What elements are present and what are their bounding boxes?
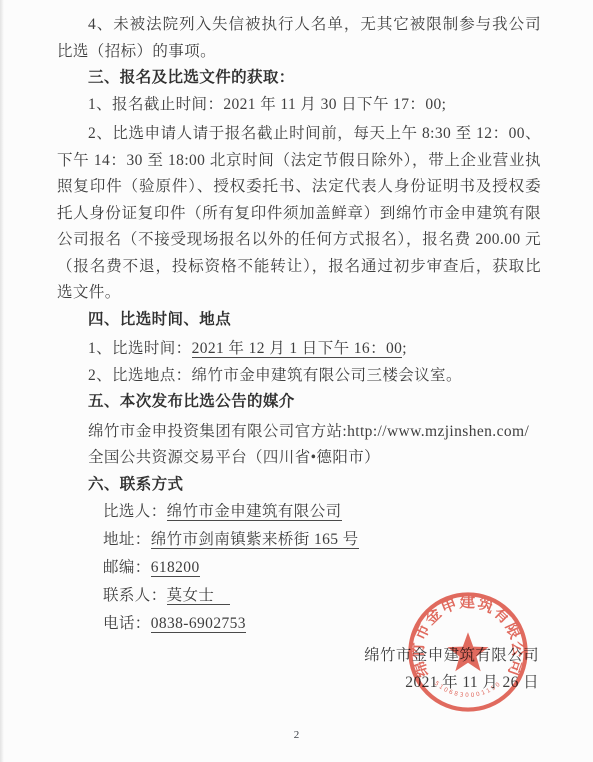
selection-time-label: 1、比选时间： [88, 340, 192, 357]
scanned-document-page: 4、未被法院列入失信被执行人名单，无其它被限制参与我公司比选（招标）的事项。 三… [0, 0, 593, 762]
contact-value: 0838-6902753 [151, 615, 246, 633]
section-heading-5: 五、本次发布比选公告的媒介 [57, 389, 541, 416]
signature-block: 绵竹市金申建筑有限公司 2021 年 11 月 26 日 [57, 643, 541, 696]
signature-date: 2021 年 11 月 26 日 [57, 670, 539, 697]
section-heading-3: 三、报名及比选文件的获取： [57, 65, 541, 92]
contact-label: 邮编： [103, 559, 151, 576]
contact-row-selector: 比选人：绵竹市金申建筑有限公司 [103, 498, 541, 526]
paragraph-signup-deadline: 1、报名截止时间：2021 年 11 月 30 日下午 17：00; [57, 92, 541, 119]
paragraph-selection-place: 2、比选地点：绵竹市金申建筑有限公司三楼会议室。 [57, 363, 541, 390]
paragraph-media-platform: 全国公共资源交易平台（四川省•德阳市） [57, 445, 541, 472]
contact-row-phone: 电话：0838-6902753 [103, 610, 541, 638]
contact-label: 联系人： [103, 587, 167, 604]
contact-label: 地址： [103, 531, 151, 548]
paragraph-application-instructions: 2、比选申请人请于报名截止时间前，每天上午 8:30 至 12：00、下午 14… [57, 121, 541, 307]
selection-time-value: 2021 年 12 月 1 日下午 16：00 [192, 340, 403, 358]
page-number: 2 [0, 729, 593, 741]
contact-label: 电话： [103, 615, 151, 632]
contact-label: 比选人： [103, 503, 167, 520]
signature-company: 绵竹市金申建筑有限公司 [57, 643, 539, 670]
selection-time-tail: ; [402, 340, 407, 357]
contact-row-address: 地址：绵竹市剑南镇紫来桥街 165 号 [103, 526, 541, 554]
paragraph-condition-4: 4、未被法院列入失信被执行人名单，无其它被限制参与我公司比选（招标）的事项。 [57, 12, 541, 65]
paragraph-media-website: 绵竹市金申投资集团有限公司官方站:http://www.mzjinshen.co… [57, 419, 541, 446]
contact-row-person: 联系人：莫女士 [103, 582, 541, 610]
section-heading-4: 四、比选时间、地点 [57, 307, 541, 334]
contact-value: 莫女士 [167, 587, 231, 605]
section-heading-6: 六、联系方式 [57, 472, 541, 499]
paragraph-selection-time: 1、比选时间：2021 年 12 月 1 日下午 16：00; [57, 336, 541, 363]
contact-row-postcode: 邮编：618200 [103, 554, 541, 582]
contact-value: 绵竹市剑南镇紫来桥街 165 号 [151, 531, 359, 549]
contact-value: 绵竹市金申建筑有限公司 [167, 503, 342, 521]
contact-value: 618200 [151, 559, 200, 577]
